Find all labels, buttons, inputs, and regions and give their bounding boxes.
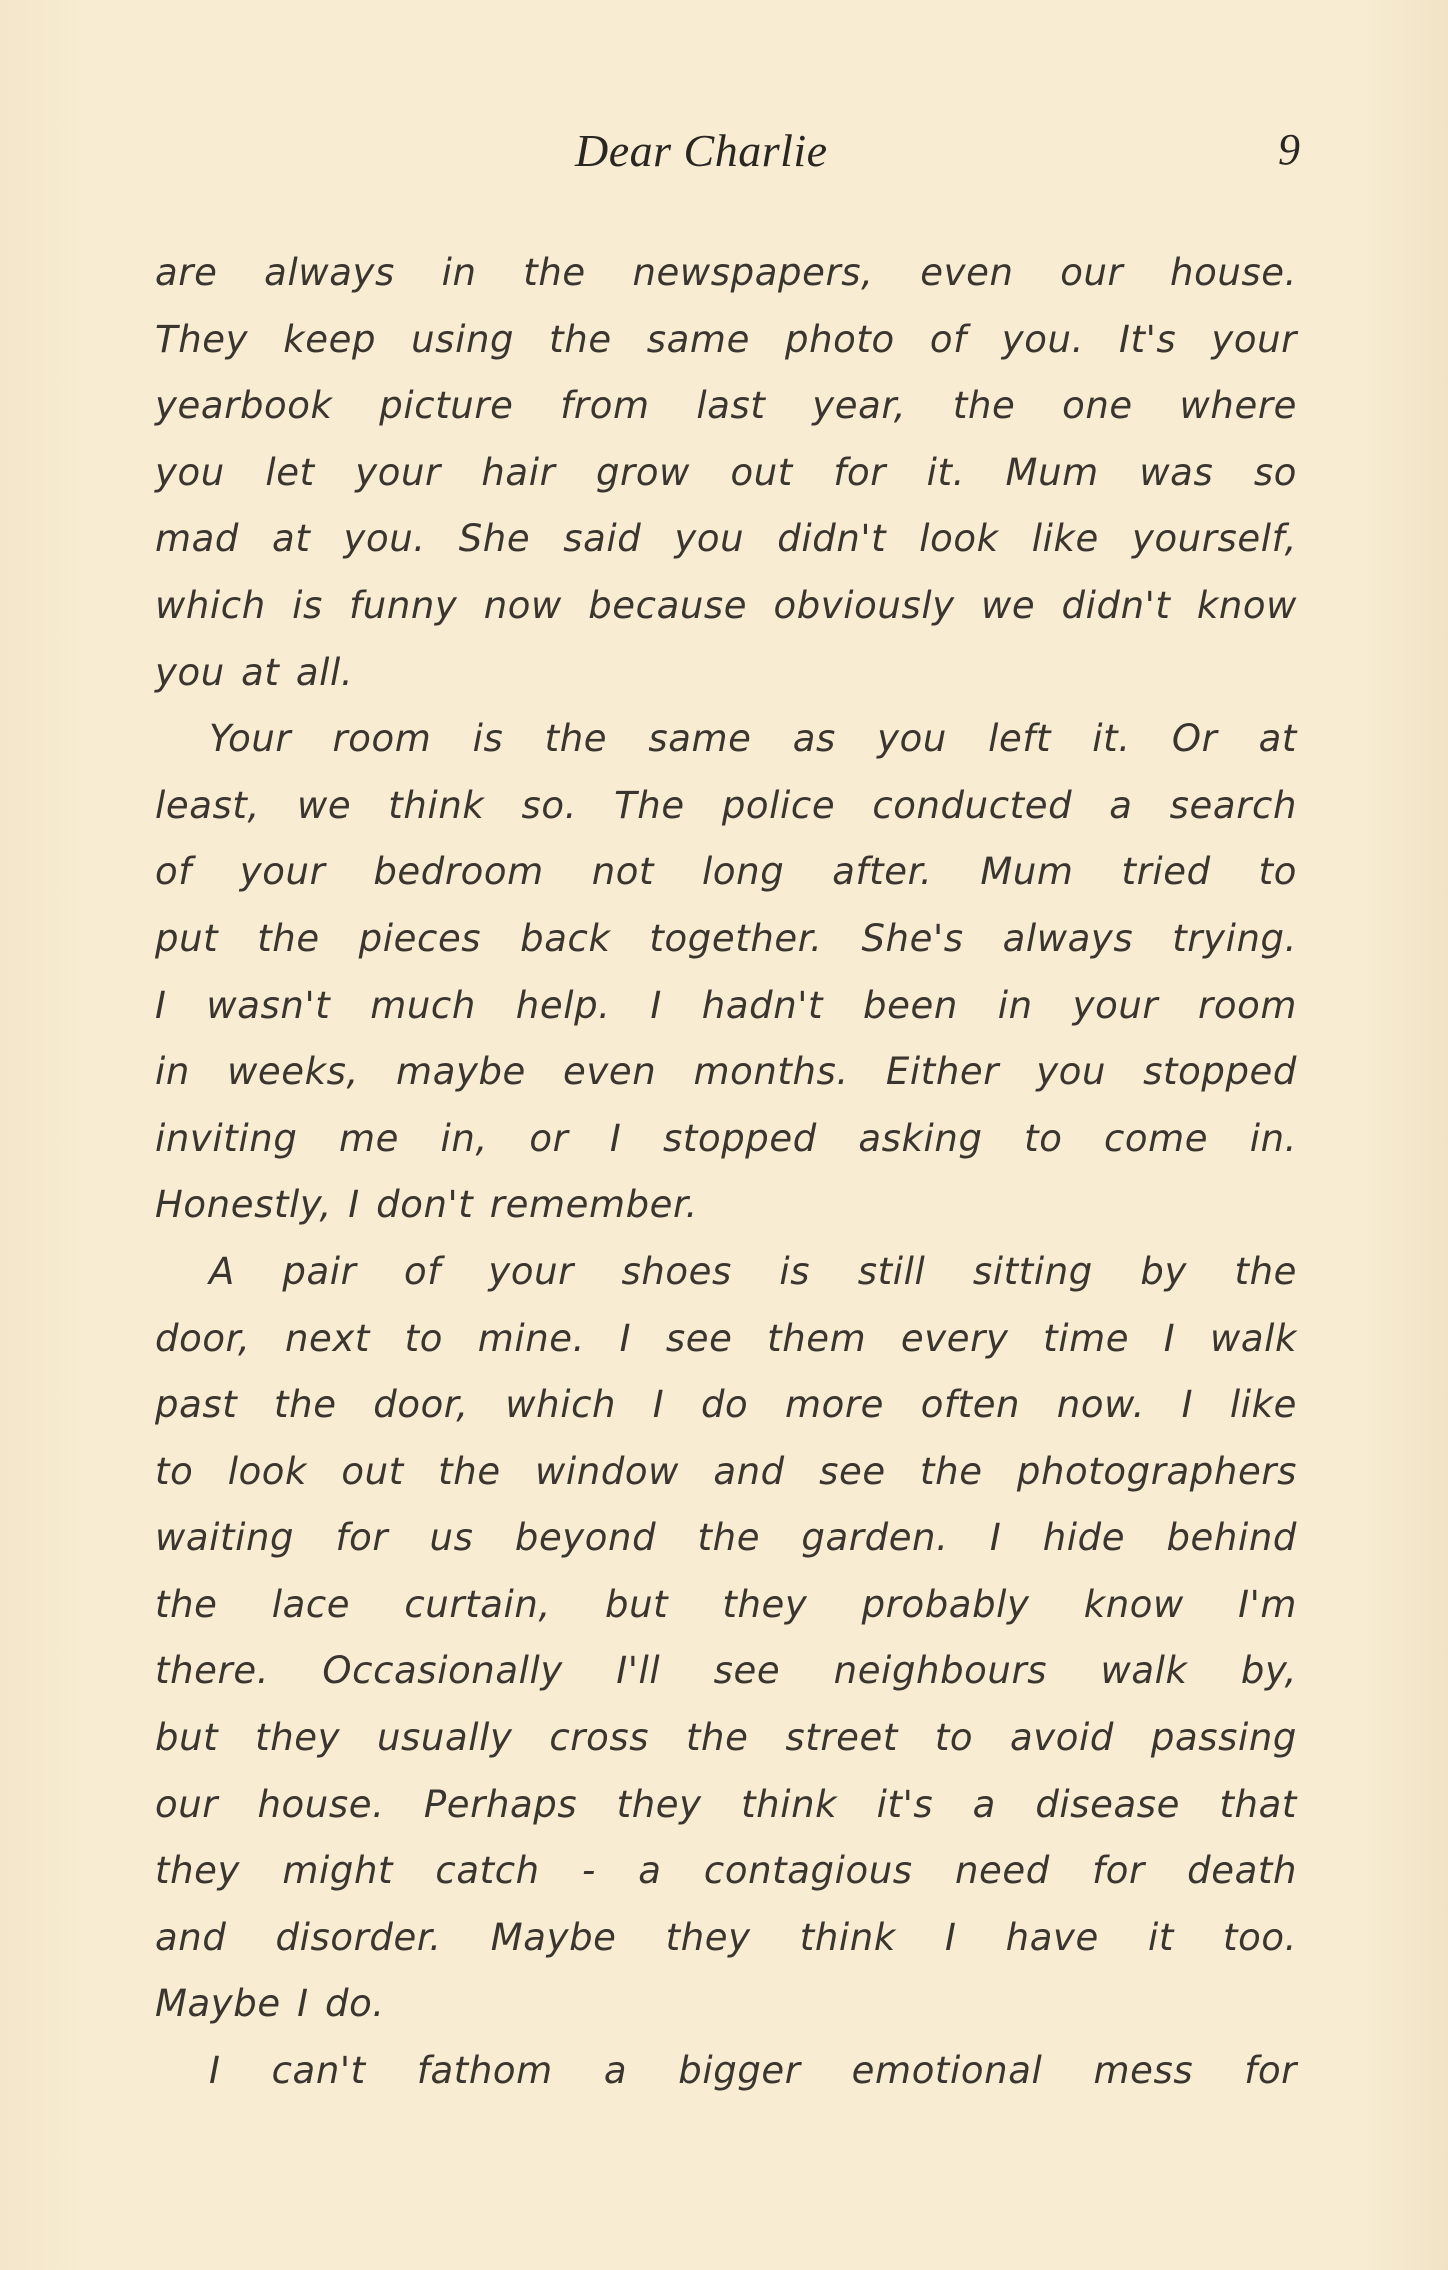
text-line: they might catch - a contagious need for… bbox=[155, 1838, 1297, 1905]
text-line: you at all. bbox=[155, 640, 1297, 707]
text-line: I can't fathom a bigger emotional mess f… bbox=[155, 2038, 1297, 2105]
handwritten-letter-body: are always in the newspapers, even our h… bbox=[155, 240, 1297, 2105]
running-title: Dear Charlie bbox=[575, 124, 828, 177]
text-line: which is funny now because obviously we … bbox=[155, 573, 1297, 640]
text-line: yearbook picture from last year, the one… bbox=[155, 373, 1297, 440]
text-line: our house. Perhaps they think it's a dis… bbox=[155, 1772, 1297, 1839]
text-line: of your bedroom not long after. Mum trie… bbox=[155, 839, 1297, 906]
text-line: Honestly, I don't remember. bbox=[155, 1172, 1297, 1239]
text-line: in weeks, maybe even months. Either you … bbox=[155, 1039, 1297, 1106]
text-line: door, next to mine. I see them every tim… bbox=[155, 1306, 1297, 1373]
text-line: Your room is the same as you left it. Or… bbox=[155, 706, 1297, 773]
text-line: Maybe I do. bbox=[155, 1971, 1297, 2038]
text-line: there. Occasionally I'll see neighbours … bbox=[155, 1638, 1297, 1705]
text-line: put the pieces back together. She's alwa… bbox=[155, 906, 1297, 973]
text-line: least, we think so. The police conducted… bbox=[155, 773, 1297, 840]
text-line: to look out the window and see the photo… bbox=[155, 1439, 1297, 1506]
book-page: Dear Charlie 9 are always in the newspap… bbox=[0, 0, 1448, 2270]
page-number: 9 bbox=[1278, 124, 1300, 175]
text-line: A pair of your shoes is still sitting by… bbox=[155, 1239, 1297, 1306]
text-line: I wasn't much help. I hadn't been in you… bbox=[155, 973, 1297, 1040]
text-line: mad at you. She said you didn't look lik… bbox=[155, 506, 1297, 573]
text-line: but they usually cross the street to avo… bbox=[155, 1705, 1297, 1772]
text-line: and disorder. Maybe they think I have it… bbox=[155, 1905, 1297, 1972]
text-line: waiting for us beyond the garden. I hide… bbox=[155, 1505, 1297, 1572]
text-line: inviting me in, or I stopped asking to c… bbox=[155, 1106, 1297, 1173]
text-line: the lace curtain, but they probably know… bbox=[155, 1572, 1297, 1639]
text-line: you let your hair grow out for it. Mum w… bbox=[155, 440, 1297, 507]
text-line: past the door, which I do more often now… bbox=[155, 1372, 1297, 1439]
text-line: are always in the newspapers, even our h… bbox=[155, 240, 1297, 307]
text-line: They keep using the same photo of you. I… bbox=[155, 307, 1297, 374]
